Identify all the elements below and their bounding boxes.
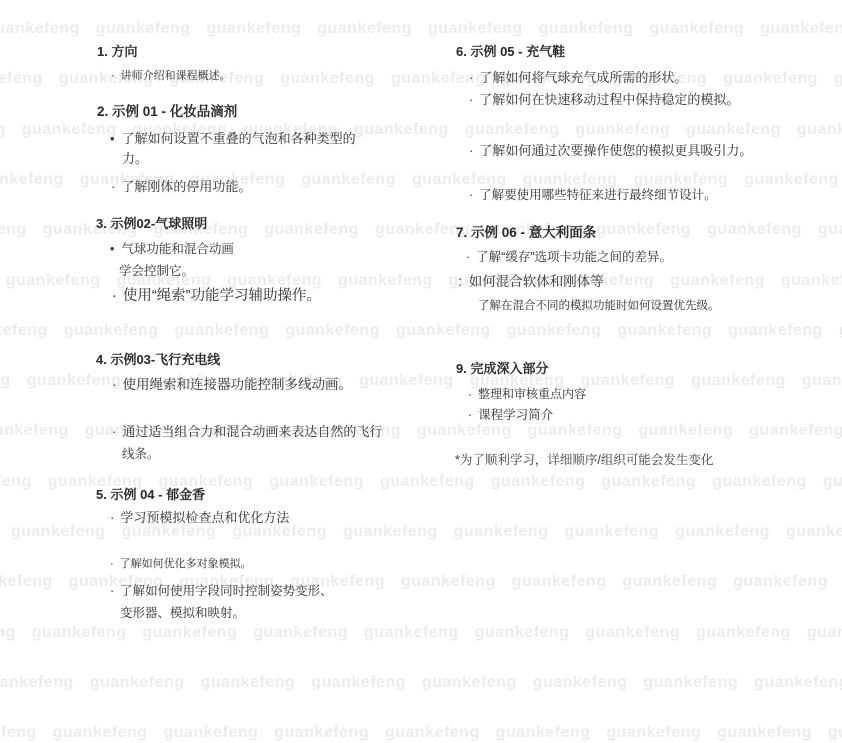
bullet-text: 使用绳索和连接器功能控制多线动画。 (123, 377, 353, 392)
section-3-heading: 3. 示例02-气球照明 (96, 216, 207, 232)
bullet-marker: · (112, 288, 117, 305)
bullet-text-continued: 力。 (122, 151, 148, 167)
bullet-item: :如何混合软体和刚体等 (458, 274, 604, 290)
bullet-text: 使用“绳索”功能学习辅助操作。 (123, 288, 321, 304)
bullet-marker: · (468, 408, 472, 423)
bullet-marker: · (112, 377, 117, 393)
bullet-item: ·了解要使用哪些特征来进行最终细节设计。 (469, 188, 717, 203)
bullet-text: 学习预模拟检查点和优化方法 (120, 510, 289, 525)
bullet-marker: · (469, 143, 473, 159)
bullet-text: 了解刚体的停用功能。 (121, 179, 251, 194)
bullet-text: 了解如何使用字段同时控制姿势变形、 (120, 584, 333, 598)
bullet-marker: · (469, 188, 473, 203)
bullet-text-continued: 线条。 (122, 447, 160, 462)
bullet-text: 讲师介绍和课程概述。 (121, 70, 231, 82)
section-1-heading: 1. 方向 (97, 44, 137, 60)
bullet-text: 课程学习简介 (478, 408, 553, 422)
bullet-marker: · (110, 558, 114, 571)
bullet-marker: · (110, 510, 114, 526)
section-2-heading: 2. 示例 01 - 化妆品滴剂 (97, 104, 237, 120)
bullet-item: ·讲师介绍和课程概述。 (111, 70, 231, 83)
bullet-item: ·使用绳索和连接器功能控制多线动画。 (112, 377, 352, 393)
section-9-heading: 9. 完成深入部分 (456, 361, 548, 377)
section-6-heading: 6. 示例 05 - 充气鞋 (456, 44, 565, 60)
bullet-item: ·课程学习简介 (468, 408, 553, 423)
bullet-text: 整理和审核重点内容 (478, 387, 586, 401)
bullet-text: 通过适当组合力和混合动画来表达自然的飞行 (122, 424, 382, 439)
bullet-item: ·学习预模拟检查点和优化方法 (110, 510, 289, 526)
bullet-marker: · (111, 70, 115, 83)
bullet-item: •了解如何设置不重叠的气泡和各种类型的 (110, 131, 356, 147)
bullet-item: ·了解如何在快速移动过程中保持稳定的模拟。 (469, 92, 739, 108)
bullet-text: 了解如何将气球充气成所需的形状。 (479, 70, 687, 85)
section-5-heading: 5. 示例 04 - 郁金香 (96, 487, 205, 503)
bullet-marker: • (110, 131, 115, 147)
bullet-text-continued: 学会控制它。 (119, 264, 194, 279)
bullet-text: 如何混合软体和刚体等 (469, 274, 604, 289)
bullet-item: ·了解如何通过次要操作使您的模拟更具吸引力。 (469, 143, 752, 159)
bullet-marker: · (466, 250, 470, 265)
section-4-heading: 4. 示例03-飞行充电线 (96, 352, 220, 368)
bullet-text: 了解如何通过次要操作使您的模拟更具吸引力。 (479, 143, 752, 158)
bullet-marker: · (469, 70, 473, 86)
bullet-text-continued: 变形器、模拟和映射。 (120, 606, 245, 621)
bullet-text: 了解如何在快速移动过程中保持稳定的模拟。 (479, 92, 739, 107)
bullet-item: •气球功能和混合动画 (110, 242, 234, 257)
bullet-item: ·了解如何使用字段同时控制姿势变形、 (110, 584, 333, 599)
bullet-item: ·了解刚体的停用功能。 (111, 179, 251, 195)
document-content: 1. 方向 ·讲师介绍和课程概述。 2. 示例 01 - 化妆品滴剂 •了解如何… (0, 0, 842, 743)
bullet-marker: · (111, 179, 115, 195)
section-7-heading: 7. 示例 06 - 意大利面条 (456, 225, 596, 241)
bullet-item: ·使用“绳索”功能学习辅助操作。 (112, 288, 321, 305)
bullet-marker: : (458, 274, 462, 290)
bullet-item: ·整理和审核重点内容 (468, 387, 586, 401)
bullet-sub-text: 了解在混合不同的模拟功能时如何设置优先级。 (478, 300, 720, 314)
bullet-text: 了解如何设置不重叠的气泡和各种类型的 (122, 131, 356, 146)
bullet-item: ·了解如何优化多对象模拟。 (110, 558, 252, 571)
bullet-marker: · (110, 584, 114, 599)
bullet-marker: · (468, 387, 472, 401)
bullet-text: 了解“缓存”选项卡功能之间的差异。 (476, 250, 672, 264)
bullet-item: ·通过适当组合力和混合动画来表达自然的飞行 (112, 424, 382, 440)
document-page: guankefeng guankefeng guankefeng guankef… (0, 0, 842, 743)
bullet-text: 了解如何优化多对象模拟。 (120, 558, 252, 570)
bullet-text: 了解要使用哪些特征来进行最终细节设计。 (479, 188, 717, 202)
bullet-marker: · (112, 424, 116, 440)
footnote-text: *为了顺利学习，详细顺序/组织可能会发生变化 (455, 453, 713, 468)
bullet-marker: • (110, 242, 114, 257)
bullet-item: ·了解“缓存”选项卡功能之间的差异。 (466, 250, 672, 265)
bullet-marker: · (469, 92, 473, 108)
bullet-text: 气球功能和混合动画 (121, 242, 234, 256)
bullet-item: ·了解如何将气球充气成所需的形状。 (469, 70, 687, 86)
